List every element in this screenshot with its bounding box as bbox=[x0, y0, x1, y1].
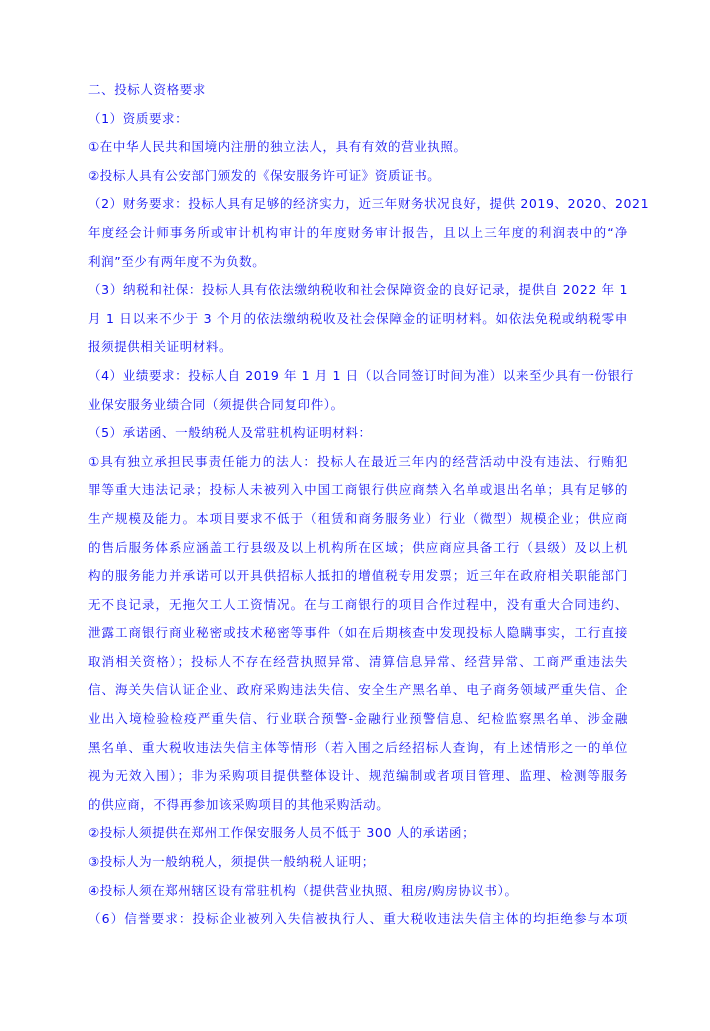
text-line: 报须提供相关证明材料。 bbox=[88, 333, 628, 362]
text-line: （4）业绩要求：投标人自 2019 年 1 月 1 日（以合同签订时间为准）以来… bbox=[88, 362, 628, 391]
text-line: （6）信誉要求：投标企业被列入失信被执行人、重大税收违法失信主体的均拒绝参与本项 bbox=[88, 905, 628, 934]
text-line: 年度经会计师事务所或审计机构审计的年度财务审计报告，且以上三年度的利润表中的“净 bbox=[88, 219, 628, 248]
text-line: ④投标人须在郑州辖区设有常驻机构（提供营业执照、租房/购房协议书）。 bbox=[88, 877, 628, 906]
text-line: 信、海关失信认证企业、政府采购违法失信、安全生产黑名单、电子商务领域严重失信、企 bbox=[88, 676, 628, 705]
text-line: 取消相关资格）；投标人不存在经营执照异常、清算信息异常、经营异常、工商严重违法失 bbox=[88, 648, 628, 677]
text-line: 业出入境检验检疫严重失信、行业联合预警-金融行业预警信息、纪检监察黑名单、涉金融 bbox=[88, 705, 628, 734]
text-line: （2）财务要求：投标人具有足够的经济实力，近三年财务状况良好，提供 2019、2… bbox=[88, 190, 628, 219]
text-line: 视为无效入围）；非为采购项目提供整体设计、规范编制或者项目管理、监理、检测等服务 bbox=[88, 762, 628, 791]
text-line: 生产规模及能力。本项目要求不低于（租赁和商务服务业）行业（微型）规模企业；供应商 bbox=[88, 505, 628, 534]
text-line: 泄露工商银行商业秘密或技术秘密等事件（如在后期核查中发现投标人隐瞒事实，工行直接 bbox=[88, 619, 628, 648]
text-line: 黑名单、重大税收违法失信主体等情形（若入围之后经招标人查询，有上述情形之一的单位 bbox=[88, 734, 628, 763]
document-body: （1）资质要求：①在中华人民共和国境内注册的独立法人，具有有效的营业执照。②投标… bbox=[88, 105, 628, 934]
text-line: 的供应商，不得再参加该采购项目的其他采购活动。 bbox=[88, 791, 628, 820]
text-line: 业保安服务业绩合同（须提供合同复印件）。 bbox=[88, 391, 628, 420]
text-line: 罪等重大违法记录；投标人未被列入中国工商银行供应商禁入名单或退出名单；具有足够的 bbox=[88, 476, 628, 505]
text-line: ②投标人具有公安部门颁发的《保安服务许可证》资质证书。 bbox=[88, 162, 628, 191]
text-line: 无不良记录，无拖欠工人工资情况。在与工商银行的项目合作过程中，没有重大合同违约、 bbox=[88, 591, 628, 620]
text-line: 月 1 日以来不少于 3 个月的依法缴纳税收及社会保障金的证明材料。如依法免税或… bbox=[88, 305, 628, 334]
text-line: ②投标人须提供在郑州工作保安服务人员不低于 300 人的承诺函； bbox=[88, 819, 628, 848]
text-line: 构的服务能力并承诺可以开具供招标人抵扣的增值税专用发票；近三年在政府相关职能部门 bbox=[88, 562, 628, 591]
text-line: 利润”至少有两年度不为负数。 bbox=[88, 248, 628, 277]
text-line: 的售后服务体系应涵盖工行县级及以上机构所在区域；供应商应具备工行（县级）及以上机 bbox=[88, 534, 628, 563]
document-page: 二、投标人资格要求 （1）资质要求：①在中华人民共和国境内注册的独立法人，具有有… bbox=[88, 76, 628, 934]
text-line: ③投标人为一般纳税人，须提供一般纳税人证明； bbox=[88, 848, 628, 877]
text-line: （3）纳税和社保：投标人具有依法缴纳税收和社会保障资金的良好记录，提供自 202… bbox=[88, 276, 628, 305]
text-line: ①具有独立承担民事责任能力的法人：投标人在最近三年内的经营活动中没有违法、行贿犯 bbox=[88, 448, 628, 477]
text-line: ①在中华人民共和国境内注册的独立法人，具有有效的营业执照。 bbox=[88, 133, 628, 162]
text-line: （1）资质要求： bbox=[88, 105, 628, 134]
section-title: 二、投标人资格要求 bbox=[88, 76, 628, 105]
text-line: （5）承诺函、一般纳税人及常驻机构证明材料： bbox=[88, 419, 628, 448]
